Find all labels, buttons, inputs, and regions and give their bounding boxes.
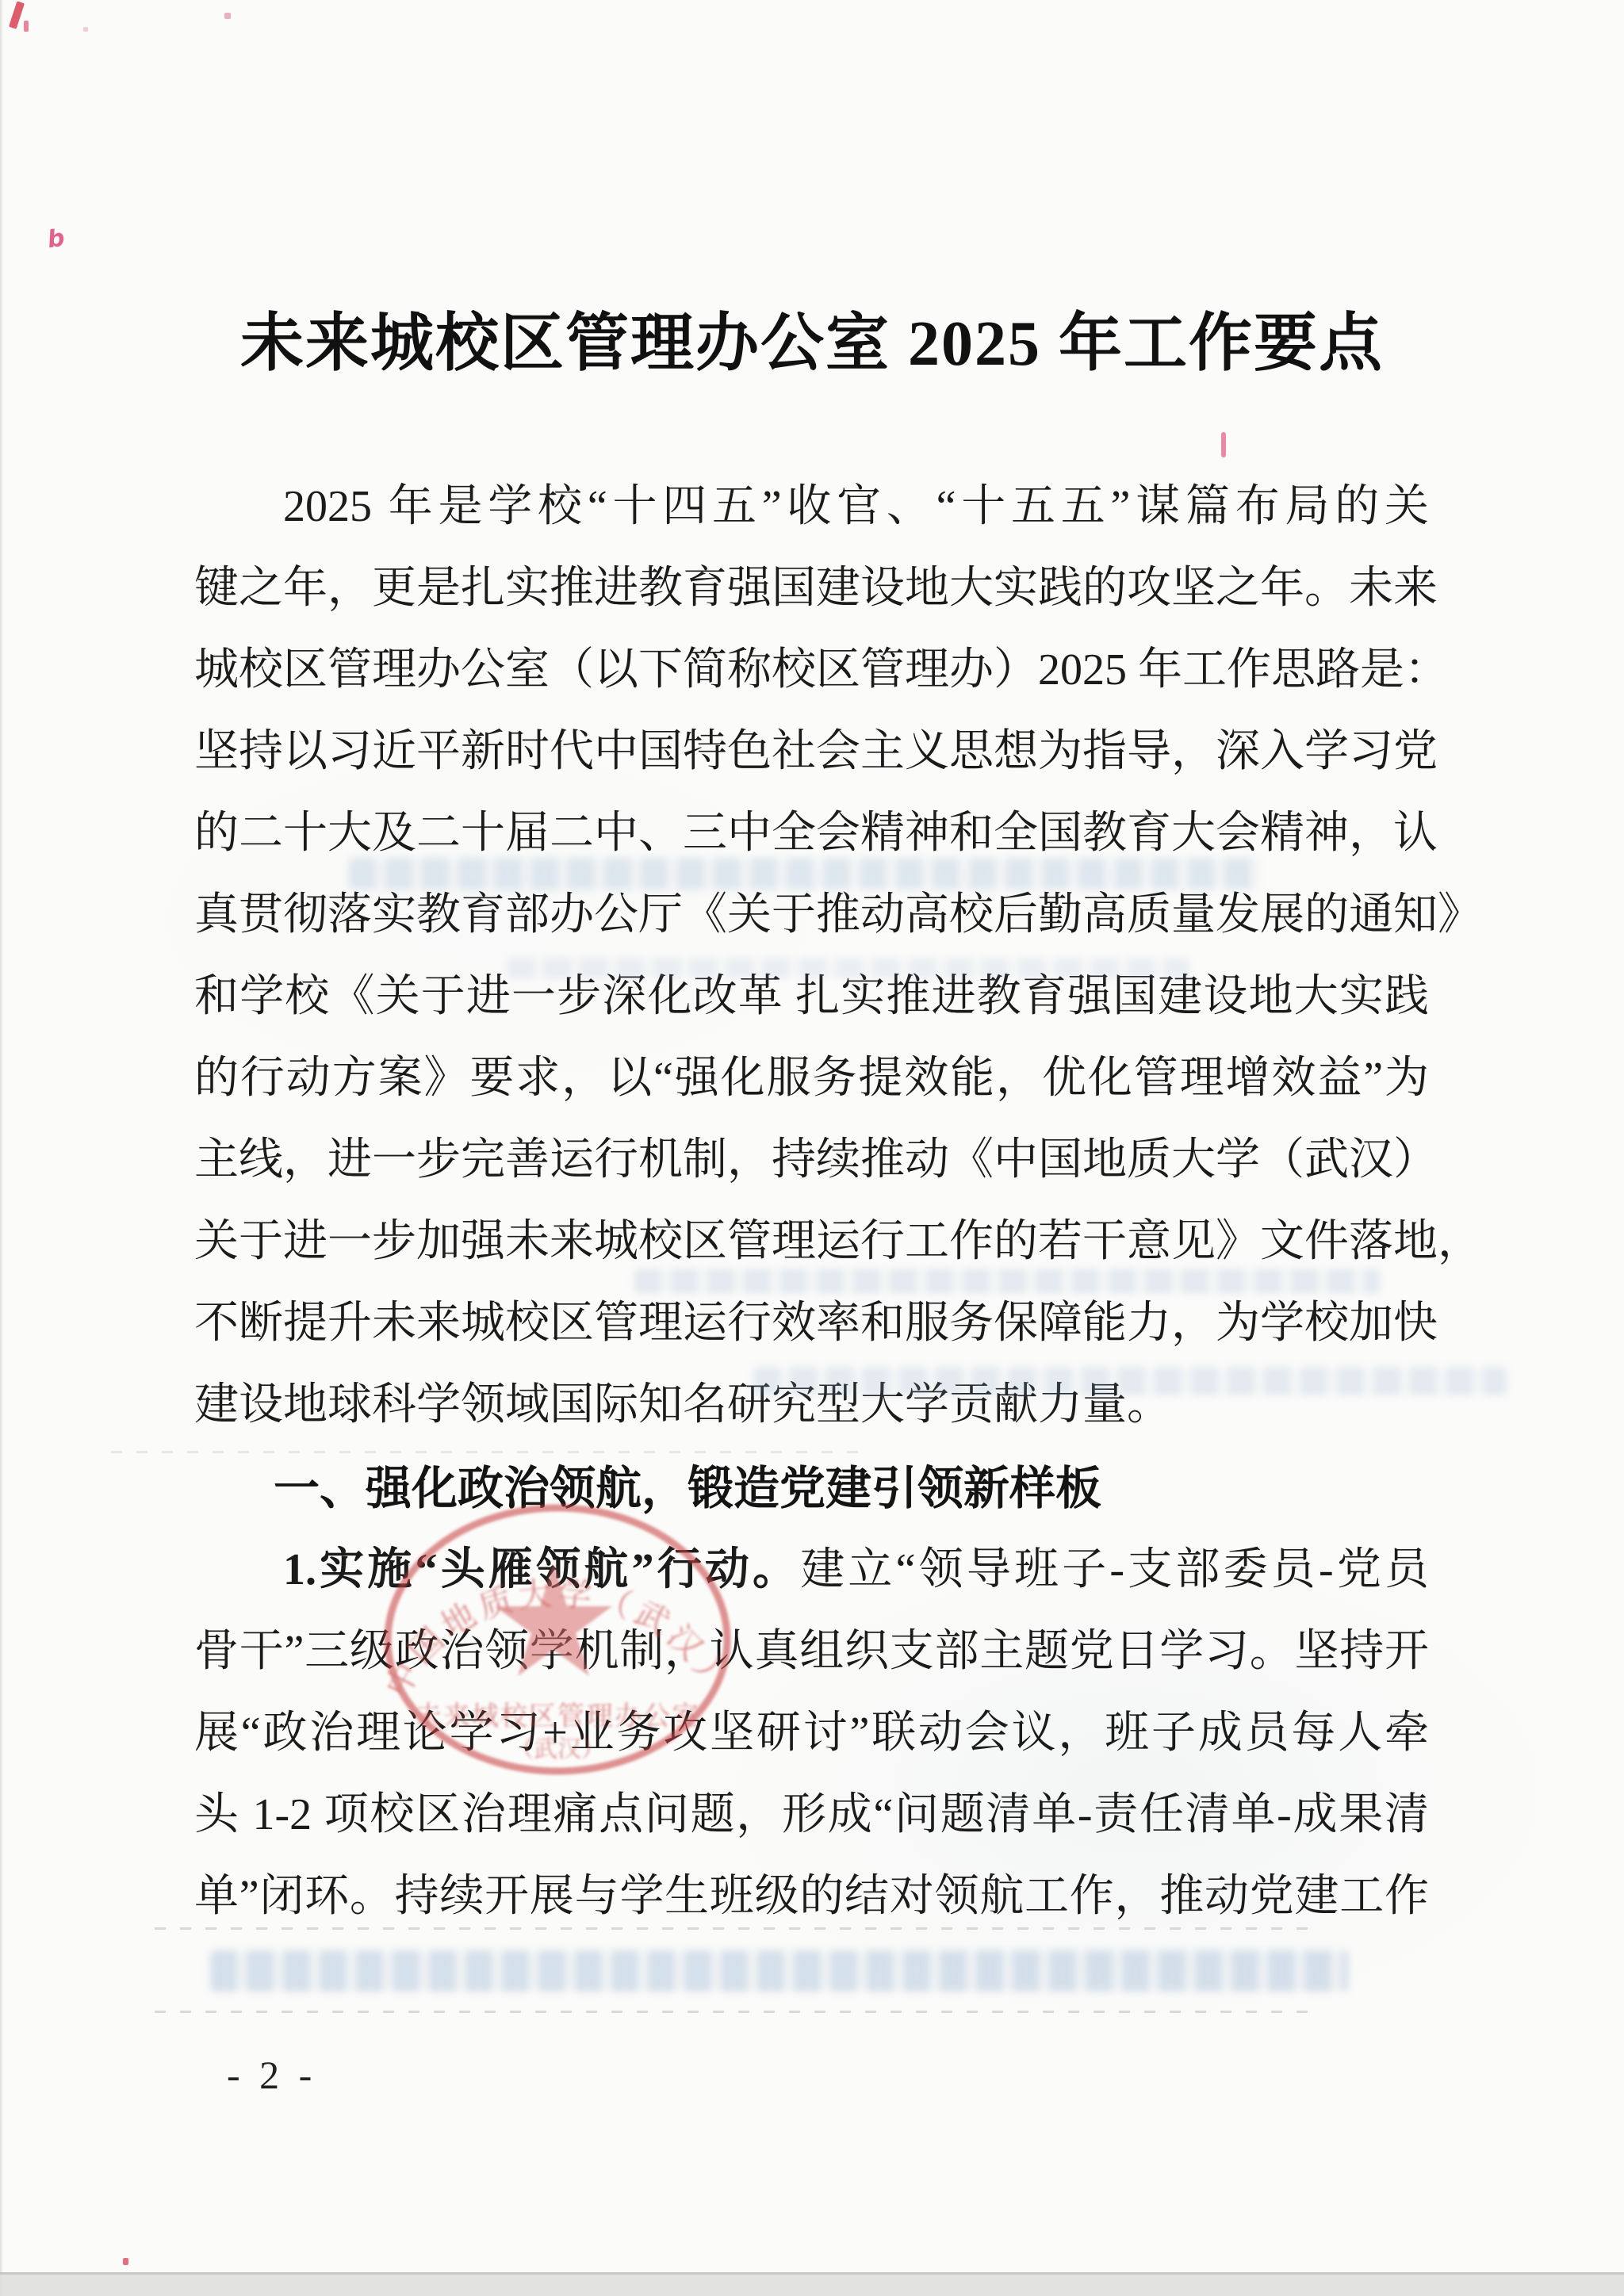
pink-pen-squiggle: b xyxy=(46,224,67,254)
bleed-through-text-row xyxy=(210,1950,1348,1992)
red-ink-speck xyxy=(123,2258,128,2265)
body-line: 骨干”三级政治领学机制，认真组织支部主题党日学习。坚持开 xyxy=(194,1611,1429,1693)
pink-ink-dash xyxy=(1221,432,1226,457)
scanned-document-page: 未来城校区管理办公室 2025 年工作要点 2025 年是学校“十四五”收官、“… xyxy=(0,0,1624,2296)
intro-paragraph: 2025 年是学校“十四五”收官、“十五五”谋篇布局的关键之年，更是扎实推进教育… xyxy=(194,466,1429,1446)
red-ink-speck xyxy=(224,13,231,19)
bleed-through-text-row xyxy=(634,1269,1380,1294)
scan-artifact-line xyxy=(155,2011,1320,2013)
scan-artifact-line xyxy=(155,1927,1320,1930)
body-line: 坚持以习近平新时代中国特色社会主义思想为指导，深入学习党 xyxy=(194,711,1429,793)
bleed-through-text-row xyxy=(753,1367,1507,1395)
body-line: 键之年，更是扎实推进教育强国建设地大实践的攻坚之年。未来 xyxy=(194,548,1429,629)
document-title: 未来城校区管理办公室 2025 年工作要点 xyxy=(98,292,1526,383)
body-line: 主线，进一步完善运行机制，持续推动《中国地质大学（武汉） xyxy=(194,1119,1429,1201)
item-1-paragraph-cont: 骨干”三级政治领学机制，认真组织支部主题党日学习。坚持开展“政治理论学习+业务攻… xyxy=(194,1611,1429,1938)
red-ink-speck xyxy=(24,21,29,32)
bleed-through-text-row xyxy=(507,958,1189,978)
scan-left-edge-shadow xyxy=(0,0,3,2296)
section-heading: 一、强化政治领航，锻造党建引领新样板 xyxy=(194,1448,1429,1529)
red-ink-speck xyxy=(9,1,25,29)
item-1-line-rest: 建立“领导班子-支部委员-党员 xyxy=(800,1545,1429,1594)
body-line: 单”闭环。持续开展与学生班级的结对领航工作，推动党建工作 xyxy=(194,1856,1429,1938)
red-ink-speck xyxy=(83,27,88,32)
body-line: 的行动方案》要求，以“强化服务提效能，优化管理增效益”为 xyxy=(194,1038,1429,1119)
body-line: 不断提升未来城校区管理运行效率和服务保障能力，为学校加快 xyxy=(194,1283,1429,1364)
body-line: 展“政治理论学习+业务攻坚研讨”联动会议，班子成员每人牵 xyxy=(194,1693,1429,1774)
item-1-paragraph: 1.实施“头雁领航”行动。建立“领导班子-支部委员-党员 xyxy=(194,1529,1429,1611)
item-1-bold-lead: 1.实施“头雁领航”行动。 xyxy=(283,1545,800,1594)
body-line: 2025 年是学校“十四五”收官、“十五五”谋篇布局的关 xyxy=(194,466,1429,548)
page-number: - 2 - xyxy=(227,2052,316,2098)
body-line: 1.实施“头雁领航”行动。建立“领导班子-支部委员-党员 xyxy=(194,1529,1429,1611)
body-line: 头 1-2 项校区治理痛点问题，形成“问题清单-责任清单-成果清 xyxy=(194,1774,1429,1856)
body-line: 城校区管理办公室（以下简称校区管理办）2025 年工作思路是： xyxy=(194,629,1429,711)
scan-bottom-edge-shadow xyxy=(0,2272,1624,2296)
scan-artifact-line xyxy=(111,1451,872,1453)
bleed-through-text-row xyxy=(349,858,1261,890)
